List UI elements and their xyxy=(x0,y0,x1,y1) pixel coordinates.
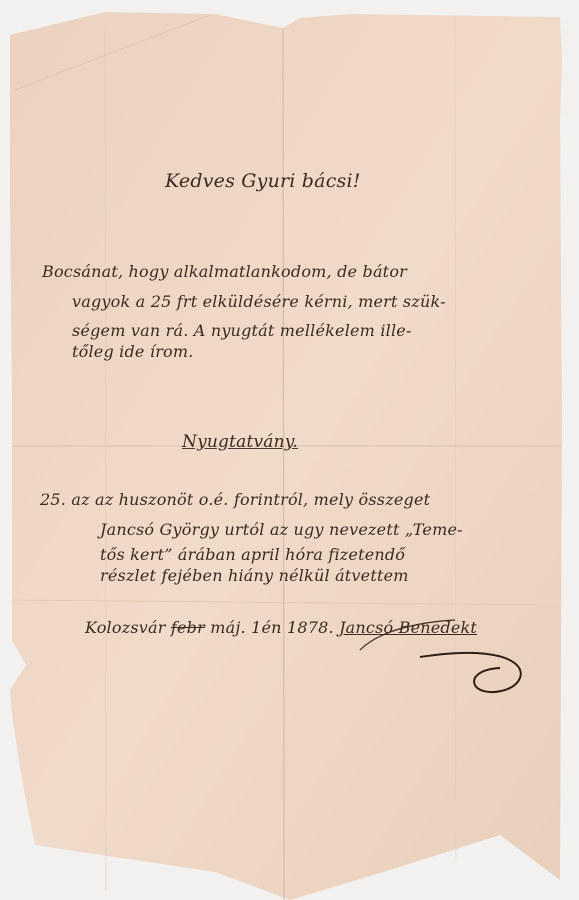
receipt-line-1: 25. az az huszonöt o.é. forintról, mely … xyxy=(40,490,430,509)
receipt-heading: Nyugtatvány. xyxy=(182,432,298,452)
struck-word: febr xyxy=(171,618,205,637)
body-line-1: Bocsánat, hogy alkalmatlankodom, de báto… xyxy=(42,262,407,281)
closing-line: Kolozsvár febr máj. 1én 1878. Jancsó Ben… xyxy=(85,618,477,637)
salutation: Kedves Gyuri bácsi! xyxy=(165,170,361,192)
receipt-line-4: részlet fejében hiány nélkül átvettem xyxy=(100,566,409,585)
receipt-line-2: Jancsó György urtól az ugy nevezett „Tem… xyxy=(100,520,463,539)
body-line-2: vagyok a 25 frt elküldésére kérni, mert … xyxy=(72,292,446,311)
body-line-3: ségem van rá. A nyugtát mellékelem ille- xyxy=(72,321,412,340)
date: máj. 1én 1878. xyxy=(210,618,334,637)
receipt-line-3: tős kert” árában april hóra fizetendő xyxy=(100,545,405,564)
place: Kolozsvár xyxy=(85,618,166,637)
signature: Jancsó Benedekt xyxy=(339,618,477,637)
body-line-4: tőleg ide írom. xyxy=(72,342,194,361)
